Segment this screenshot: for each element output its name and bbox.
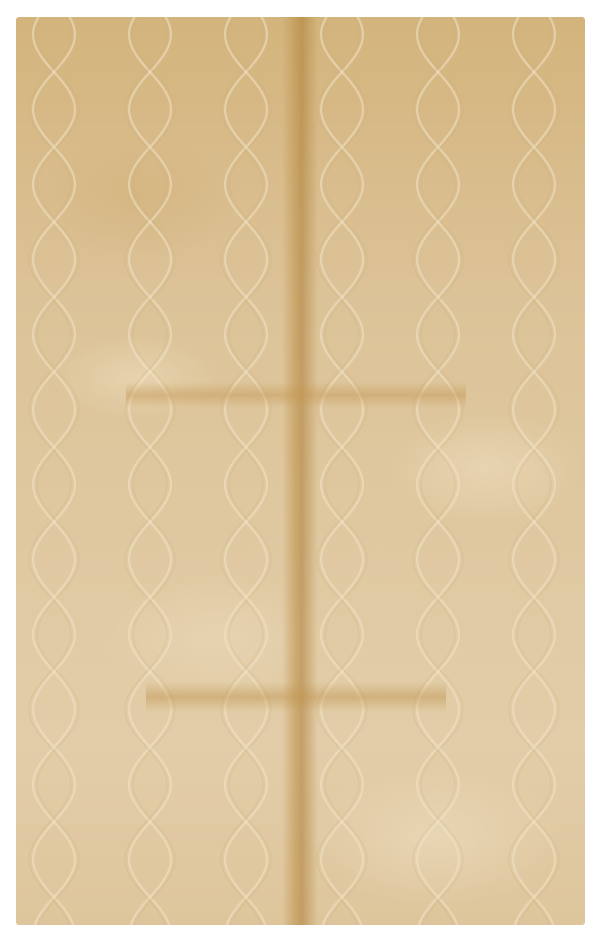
fold-shadow-horizontal bbox=[146, 682, 446, 712]
fold-shadow-vertical bbox=[282, 17, 318, 925]
rug bbox=[16, 17, 585, 925]
fold-shadow-horizontal bbox=[126, 382, 466, 408]
